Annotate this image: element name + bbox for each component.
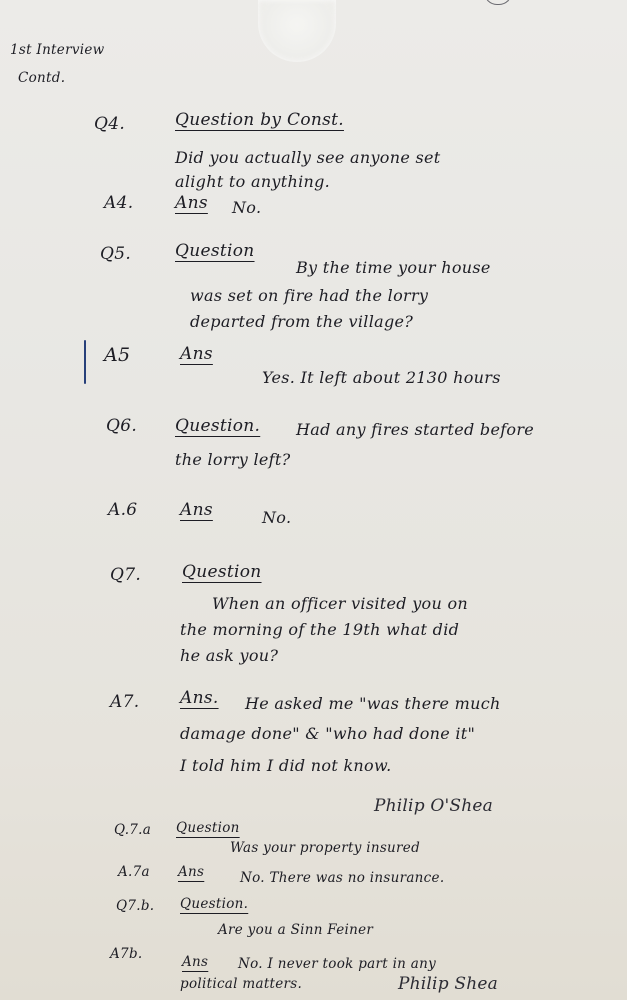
entry-heading-q4: Question by Const. (175, 110, 344, 130)
entry-label-a7: A7. (110, 692, 139, 712)
header-contd: Contd. (18, 70, 65, 86)
entry-heading-q6: Question. (175, 416, 260, 436)
entry-label-q6: Q6. (106, 416, 137, 436)
entry-line: When an officer visited you on (212, 594, 468, 613)
entry-line: No. (232, 198, 261, 217)
blue-margin-mark (84, 340, 86, 384)
entry-label-a5: A5 (104, 344, 130, 366)
entry-label-a7b: A7b. (110, 946, 142, 962)
entry-heading-a7a: Ans (178, 864, 204, 880)
entry-line: Was your property insured (230, 840, 420, 856)
entry-label-a6: A.6 (108, 500, 137, 520)
corner-ink-mark (484, 0, 512, 5)
entry-line: the lorry left? (175, 450, 290, 469)
entry-heading-q5: Question (175, 241, 255, 261)
entry-label-q5: Q5. (100, 244, 131, 264)
entry-heading-a7: Ans. (180, 688, 219, 708)
entry-line: No. There was no insurance. (240, 870, 444, 886)
header-interview: 1st Interview (10, 42, 105, 58)
entry-line: I told him I did not know. (180, 756, 391, 775)
entry-line: political matters. (180, 976, 302, 992)
entry-line: was set on fire had the lorry (190, 286, 428, 305)
entry-heading-a6: Ans (180, 500, 213, 520)
entry-line: He asked me "was there much (245, 694, 501, 713)
entry-heading-q7b: Question. (180, 896, 248, 912)
entry-line: By the time your house (296, 258, 491, 277)
entry-line: No. (262, 508, 291, 527)
entry-line: Yes. It left about 2130 hours (262, 368, 501, 387)
entry-line: the morning of the 19th what did (180, 620, 459, 639)
entry-heading-q7a: Question (176, 820, 240, 836)
entry-label-a4: A4. (104, 193, 133, 213)
entry-heading-a7b: Ans (182, 954, 208, 970)
signature-philip-shea: Philip Shea (398, 974, 498, 994)
entry-label-q4: Q4. (94, 114, 125, 134)
entry-line: Did you actually see anyone set (175, 148, 441, 167)
entry-heading-a5: Ans (180, 344, 213, 364)
signature-philip-oshea: Philip O'Shea (374, 796, 493, 816)
entry-heading-q7: Question (182, 562, 262, 582)
entry-line: No. I never took part in any (238, 956, 436, 972)
document-page: 1st Interview Contd. Q4. Question by Con… (0, 0, 627, 1000)
entry-line: departed from the village? (190, 312, 413, 331)
entry-label-q7: Q7. (110, 565, 141, 585)
entry-line: he ask you? (180, 646, 278, 665)
entry-label-a7a: A.7a (118, 864, 150, 880)
entry-line: Are you a Sinn Feiner (218, 922, 373, 938)
embossed-seal (258, 0, 336, 62)
entry-label-q7b: Q7.b. (116, 898, 154, 914)
entry-line: alight to anything. (175, 172, 330, 191)
entry-line: damage done" & "who had done it" (180, 724, 475, 743)
entry-line: Had any fires started before (296, 420, 534, 439)
entry-label-q7a: Q.7.a (114, 822, 151, 838)
entry-heading-a4: Ans (175, 193, 208, 213)
